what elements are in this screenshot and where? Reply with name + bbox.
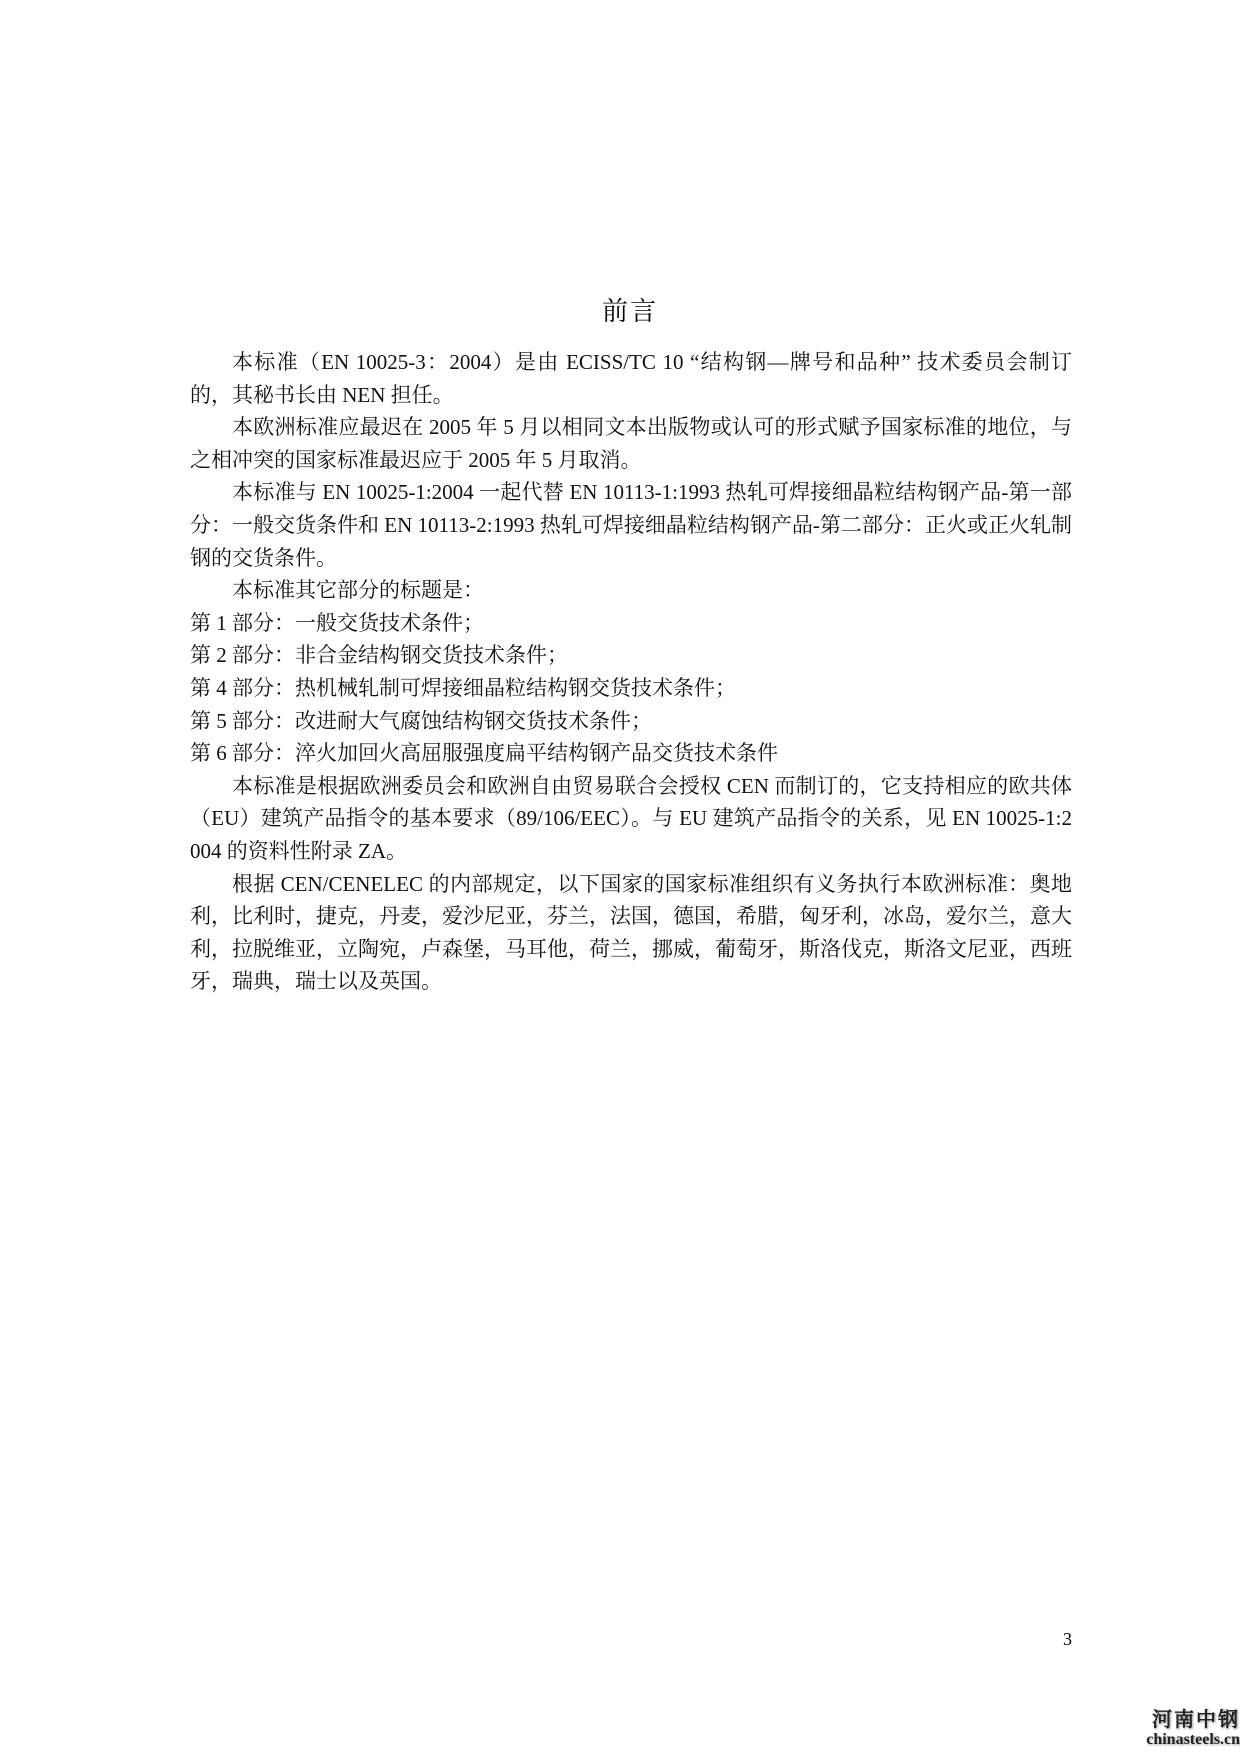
paragraph-national-adoption: 本欧洲标准应最迟在 2005 年 5 月以相同文本出版物或认可的形式赋予国家标准…	[190, 411, 1072, 476]
paragraph-other-parts-intro: 本标准其它部分的标题是：	[190, 574, 1072, 607]
list-item-part-2: 第 2 部分：非合金结构钢交货技术条件；	[190, 639, 1072, 672]
page-number: 3	[1063, 1627, 1072, 1651]
list-item-part-1: 第 1 部分：一般交货技术条件；	[190, 607, 1072, 640]
watermark-logo: 河南中钢 chinasteels.cn	[1118, 1707, 1240, 1749]
list-item-part-6: 第 6 部分：淬火加回火高屈服强度扁平结构钢产品交货技术条件	[190, 737, 1072, 770]
paragraph-member-countries: 根据 CEN/CENELEC 的内部规定，以下国家的国家标准组织有义务执行本欧洲…	[190, 868, 1072, 998]
paragraph-mandate: 本标准是根据欧洲委员会和欧洲自由贸易联合会授权 CEN 而制订的，它支持相应的欧…	[190, 770, 1072, 868]
document-body: 本标准（EN 10025-3：2004）是由 ECISS/TC 10 “结构钢—…	[190, 346, 1072, 998]
page-title: 前言	[0, 292, 1240, 332]
paragraph-standard-origin: 本标准（EN 10025-3：2004）是由 ECISS/TC 10 “结构钢—…	[190, 346, 1072, 411]
watermark-chinese-text: 河南中钢	[1118, 1707, 1240, 1731]
list-item-part-4: 第 4 部分：热机械轧制可焊接细晶粒结构钢交货技术条件；	[190, 672, 1072, 705]
paragraph-supersedes: 本标准与 EN 10025-1:2004 一起代替 EN 10113-1:199…	[190, 476, 1072, 574]
watermark-domain-text: chinasteels.cn	[1118, 1731, 1240, 1749]
parts-list: 第 1 部分：一般交货技术条件； 第 2 部分：非合金结构钢交货技术条件； 第 …	[190, 607, 1072, 770]
list-item-part-5: 第 5 部分：改进耐大气腐蚀结构钢交货技术条件；	[190, 705, 1072, 738]
